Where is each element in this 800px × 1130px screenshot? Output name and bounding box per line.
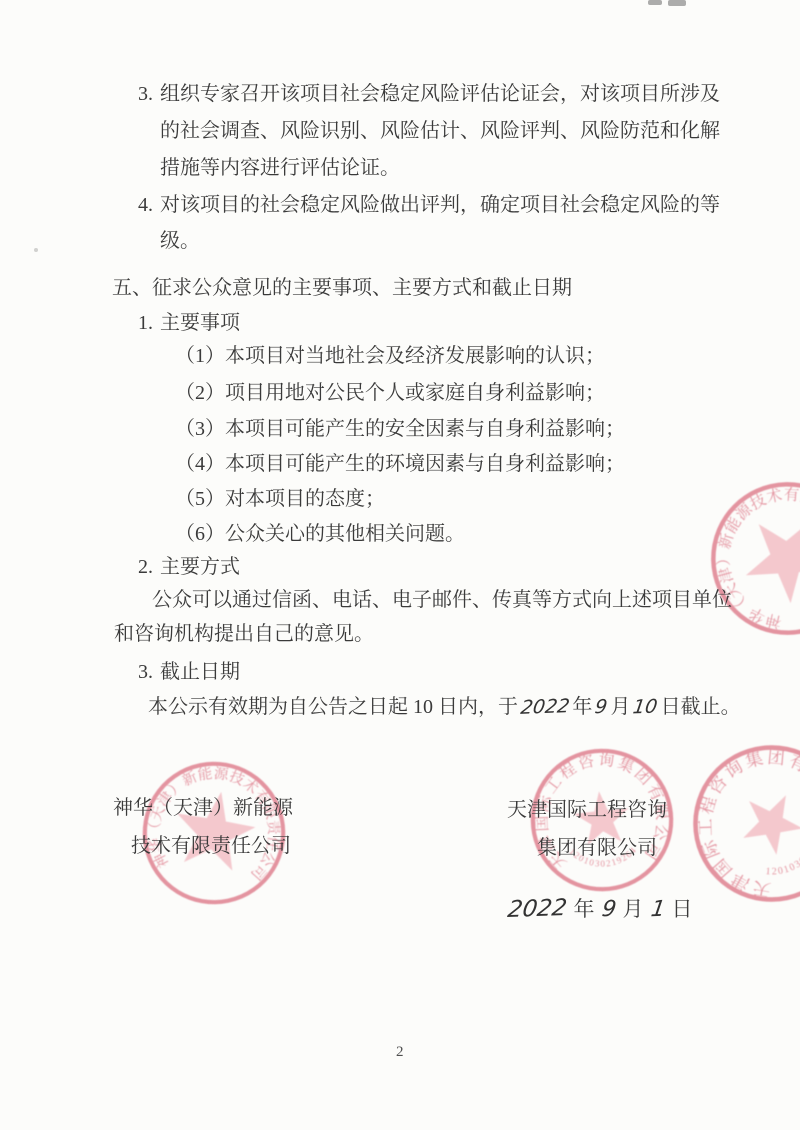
sub-2-marker: 2. (138, 557, 153, 577)
right-company-name-line-2: 集团有限公司 (537, 838, 657, 858)
sub-2-title: 2.主要方式 (138, 557, 240, 577)
deadline-line: 本公示有效期为自公告之日起 10 日内，于2022年9月10日截止。 (148, 697, 741, 717)
list-item-4-text: 对该项目的社会稳定风险做出评判，确定项目社会稳定风险的等 (160, 194, 720, 216)
day-unit: 日 (672, 897, 693, 921)
sub-1-item-2: （2）项目用地对公民个人或家庭自身利益影响； (175, 383, 605, 403)
scan-artifact (34, 248, 38, 252)
sub-1-item-5: （5）对本项目的态度； (175, 489, 385, 509)
sub-2-paragraph-line-1: 公众可以通过信函、电话、电子邮件、传真等方式向上述项目单位 (152, 590, 732, 610)
sub-1-item-3: （3）本项目可能产生的安全因素与自身利益影响； (175, 419, 625, 439)
month-unit: 月 (623, 897, 644, 921)
left-company-name-line-1: 神华（天津）新能源 (113, 798, 293, 818)
sub-1-title: 1.主要事项 (138, 313, 240, 333)
page-number: 2 (396, 1044, 404, 1061)
list-item-3-line-2: 的社会调查、风险识别、风险估计、风险评判、风险防范和化解 (160, 121, 720, 141)
left-company-name-line-2: 技术有限责任公司 (131, 836, 291, 856)
list-item-4-line-2: 级。 (160, 231, 200, 251)
sub-3-title: 3.截止日期 (138, 662, 240, 682)
deadline-prefix: 本公示有效期为自公告之日起 10 日内，于 (148, 696, 518, 718)
sub-1-item-6: （6）公众关心的其他相关问题。 (175, 524, 465, 544)
handwritten-month: 9 (594, 697, 609, 717)
list-item-3-line-1: 3.组织专家召开该项目社会稳定风险评估论证会，对该项目所涉及 (138, 84, 720, 104)
sub-1-marker: 1. (138, 313, 153, 333)
section-5-heading: 五、征求公众意见的主要事项、主要方式和截止日期 (112, 278, 572, 298)
scanned-document-page: 神华（天津）新能源技术有限责任公司 神华（天津）新能源技术有限责任公司 天津国际… (0, 0, 800, 1130)
company-seal-shenhua: 神华（天津）新能源技术有限责任公司 (126, 745, 302, 921)
sub-3-marker: 3. (138, 662, 153, 682)
sub-1-item-1: （1）本项目对当地社会及经济发展影响的认识； (175, 346, 605, 366)
year-unit: 年 (574, 897, 595, 921)
month-unit: 月 (610, 696, 630, 718)
sub-2-paragraph-line-2: 和咨询机构提出自己的意见。 (114, 624, 374, 644)
company-seal-shenhua-upper-right: 神华（天津）新能源技术有限责任公司 (673, 444, 800, 674)
sub-1-title-text: 主要事项 (160, 312, 240, 334)
list-item-3-marker: 3. (138, 84, 153, 104)
list-item-3-line-3: 措施等内容进行评估论证。 (160, 158, 400, 178)
right-company-name-line-1: 天津国际工程咨询 (507, 800, 667, 820)
star-icon (728, 780, 800, 863)
handwritten-month: 9 (600, 899, 617, 921)
scan-artifact (648, 0, 662, 5)
handwritten-day: 10 (632, 697, 659, 718)
year-unit: 年 (572, 696, 592, 718)
scan-artifact (668, 0, 686, 6)
sub-2-title-text: 主要方式 (160, 556, 240, 578)
handwritten-day: 1 (649, 899, 666, 921)
signature-date: 2022年9月1日 (505, 898, 697, 921)
deadline-suffix: 日截止。 (661, 696, 741, 718)
list-item-3-text: 组织专家召开该项目社会稳定风险评估论证会，对该项目所涉及 (160, 83, 720, 105)
handwritten-year: 2022 (519, 696, 570, 718)
handwritten-year: 2022 (506, 897, 568, 921)
list-item-4-marker: 4. (138, 195, 153, 215)
sub-1-item-4: （4）本项目可能产生的环境因素与自身利益影响； (175, 454, 625, 474)
list-item-4-line-1: 4.对该项目的社会稳定风险做出评判，确定项目社会稳定风险的等 (138, 195, 720, 215)
sub-3-title-text: 截止日期 (160, 661, 240, 683)
